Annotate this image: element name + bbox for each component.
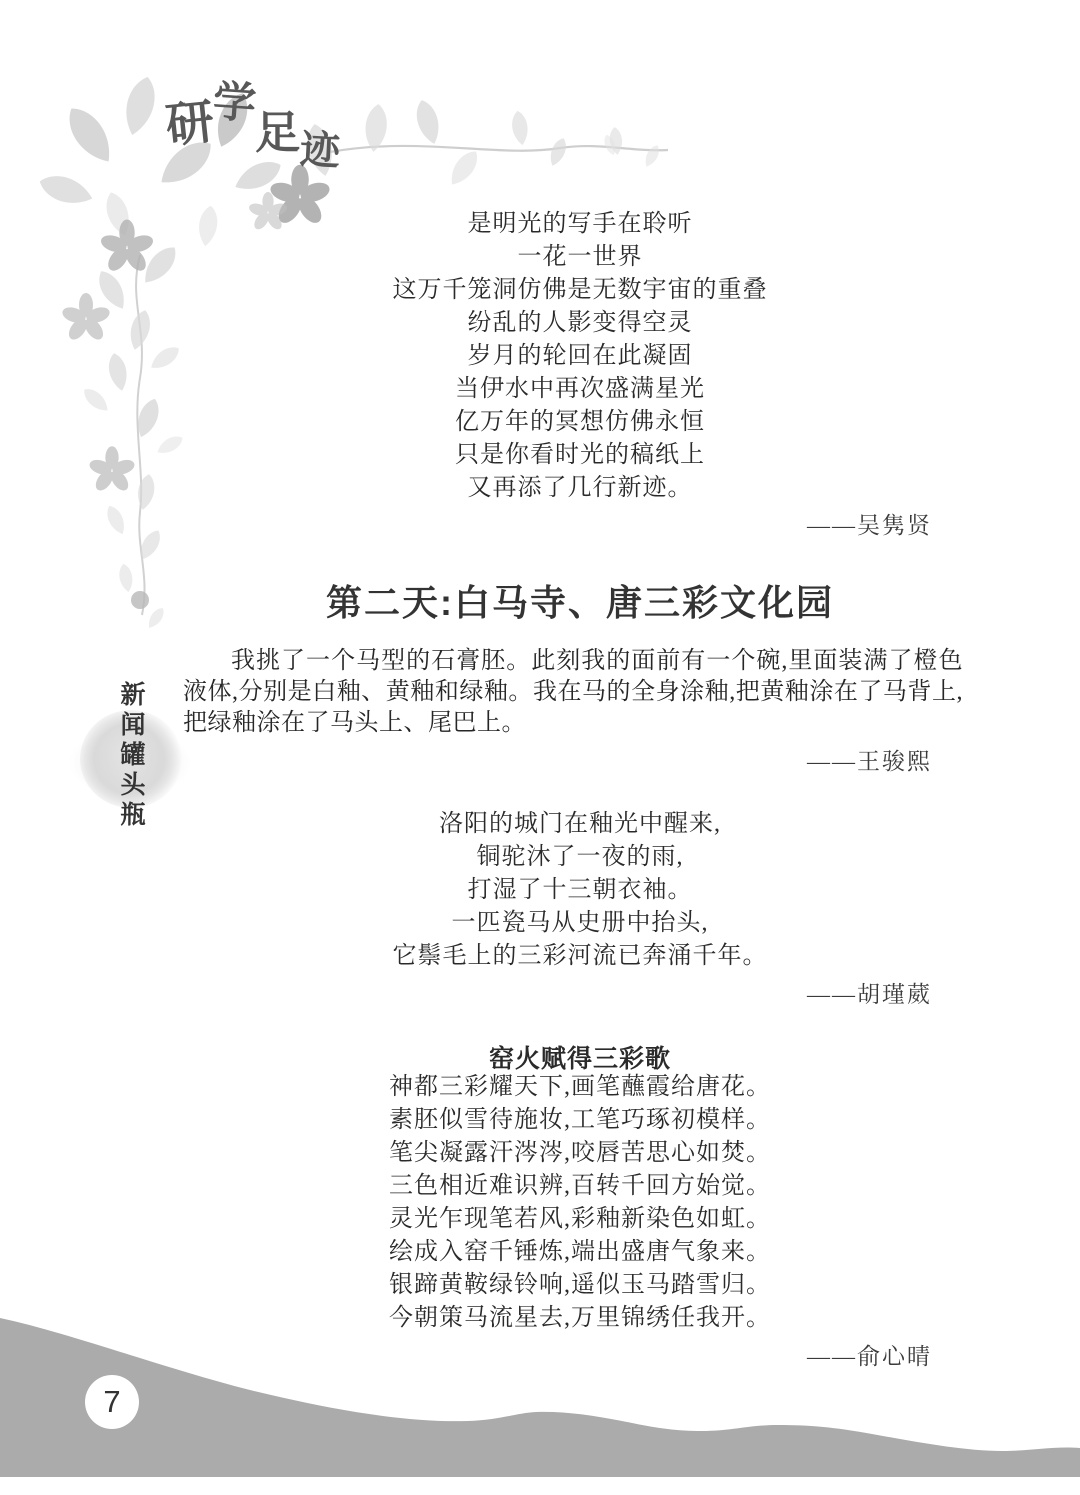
prose-paragraph: 我挑了一个马型的石膏胚。此刻我的面前有一个碗,里面装满了橙色液体,分别是白釉、黄… <box>183 646 963 739</box>
header-char-4: 迹 <box>299 130 341 172</box>
poem-line: 素胚似雪待施妆,工笔巧琢初模样。 <box>100 1104 1060 1137</box>
poem-line: 洛阳的城门在釉光中醒来, <box>100 808 1060 841</box>
poem-line: 一花一世界 <box>100 241 1060 274</box>
poem-line: 银蹄黄鞍绿铃响,遥似玉马踏雪归。 <box>100 1269 1060 1302</box>
author-attribution: ——王骏熙 <box>532 743 932 776</box>
poem-line: 神都三彩耀天下,画笔蘸霞给唐花。 <box>100 1071 1060 1104</box>
author-attribution: ——胡瑾葳 <box>532 976 932 1009</box>
book-page: 研 学 足 迹 是明光的写手在聆听 一花一世界 这万千笼洞仿佛是无数宇宙的重叠 … <box>0 0 1080 1495</box>
header-char-3: 足 <box>255 110 300 155</box>
author-attribution: ——吴隽贤 <box>532 507 932 540</box>
poem-line: 纷乱的人影变得空灵 <box>100 307 1060 340</box>
poem-line: 灵光乍现笔若风,彩釉新染色如虹。 <box>100 1203 1060 1236</box>
header-char-2: 学 <box>212 81 258 127</box>
day2-section-heading: 第二天:白马寺、唐三彩文化园 <box>100 575 1060 626</box>
poem-line: 一匹瓷马从史册中抬头, <box>100 907 1060 940</box>
poem-line: 只是你看时光的稿纸上 <box>100 439 1060 472</box>
poem-line: 笔尖凝露汗涔涔,咬唇苦思心如焚。 <box>100 1137 1060 1170</box>
poem-line: 当伊水中再次盛满星光 <box>100 373 1060 406</box>
poem-line: 今朝策马流星去,万里锦绣任我开。 <box>100 1302 1060 1335</box>
poem-line: 亿万年的冥想仿佛永恒 <box>100 406 1060 439</box>
poem-line: 是明光的写手在聆听 <box>100 208 1060 241</box>
author-attribution: ——俞心晴 <box>532 1338 932 1371</box>
poem-line: 三色相近难识辨,百转千回方始觉。 <box>100 1170 1060 1203</box>
poem-line: 打湿了十三朝衣袖。 <box>100 874 1060 907</box>
poem-sancai: 神都三彩耀天下,画笔蘸霞给唐花。 素胚似雪待施妆,工笔巧琢初模样。 笔尖凝露汗涔… <box>100 1071 1060 1335</box>
poem-luoyang: 洛阳的城门在釉光中醒来, 铜驼沐了一夜的雨, 打湿了十三朝衣袖。 一匹瓷马从史册… <box>100 808 1060 973</box>
page-header-title: 研 学 足 迹 <box>0 0 400 200</box>
poem-line: 绘成入窑千锤炼,端出盛唐气象来。 <box>100 1236 1060 1269</box>
poem-line: 岁月的轮回在此凝固 <box>100 340 1060 373</box>
sidebar-column-label: 新闻罐头瓶 <box>116 681 146 831</box>
page-number: 7 <box>103 1384 120 1420</box>
poem-line: 铜驼沐了一夜的雨, <box>100 841 1060 874</box>
page-number-badge: 7 <box>85 1375 139 1429</box>
poem-line: 这万千笼洞仿佛是无数宇宙的重叠 <box>100 274 1060 307</box>
header-char-1: 研 <box>164 99 217 152</box>
poem-longmen: 是明光的写手在聆听 一花一世界 这万千笼洞仿佛是无数宇宙的重叠 纷乱的人影变得空… <box>100 208 1060 505</box>
sancai-poem-title: 窑火赋得三彩歌 <box>100 1039 1060 1075</box>
poem-line: 又再添了几行新迹。 <box>100 472 1060 505</box>
poem-line: 它鬃毛上的三彩河流已奔涌千年。 <box>100 940 1060 973</box>
